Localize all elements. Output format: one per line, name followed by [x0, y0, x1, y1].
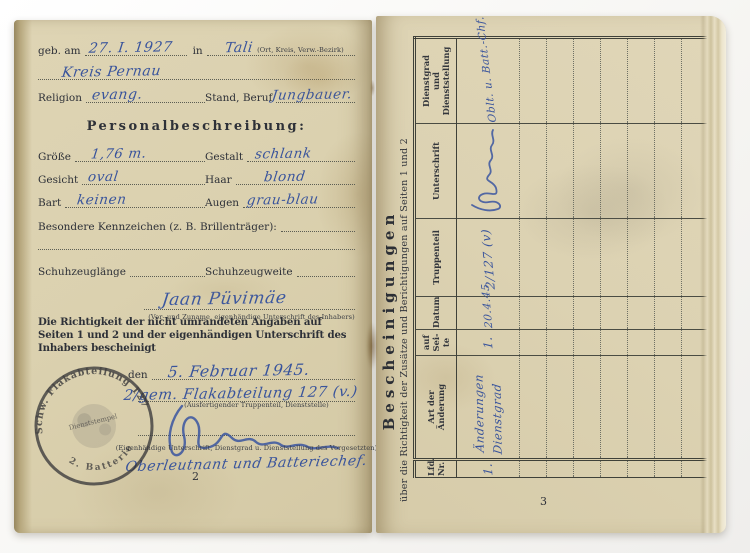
birth-date-value: 27. I. 1927 — [87, 39, 173, 56]
kennzeichen-line2 — [38, 237, 355, 250]
bart-row: Bart keinen Augen grau-blau — [38, 188, 355, 208]
table-header-row: Lfd. Nr. Art der Änderung auf Sei- te Da… — [415, 38, 457, 478]
certify-paragraph-row: Die Richtigkeit der nicht umrandeten Ang… — [38, 323, 355, 355]
stand-label: Stand, Beruf — [205, 93, 272, 104]
gestalt-line: schlank — [247, 149, 355, 162]
heading-row: Personalbeschreibung: — [38, 116, 355, 134]
table-row — [655, 38, 682, 478]
augen-line: grau-blau — [243, 195, 355, 208]
kreis-line: Kreis Pernau — [38, 67, 355, 80]
table-row — [628, 38, 655, 478]
religion-cell: Religion evang. — [38, 90, 205, 103]
table-row — [520, 38, 547, 478]
header-dienstgrad: Dienstgrad und Dienststellung — [415, 38, 457, 124]
bart-label: Bart — [38, 198, 61, 209]
birth-date-line: 27. I. 1927 — [85, 43, 187, 56]
bescheinigungen-header: Bescheinigungen über die Richtigkeit der… — [381, 130, 410, 510]
groesse-line: 1,76 m. — [75, 149, 205, 162]
officer-rank-value: Oberleutnant und Batteriechef. — [124, 453, 368, 475]
gesicht-cell: Gesicht oval — [38, 172, 205, 185]
gesicht-value: oval — [87, 169, 120, 186]
kennzeichen-row2 — [38, 236, 355, 250]
religion-row: Religion evang. Stand, Beruf Jungbauer. — [38, 83, 355, 103]
kreis-value: Kreis Pernau — [61, 63, 162, 81]
cell-art: Änderungen Dienstgrad — [457, 356, 520, 460]
shoe-length-line — [130, 264, 205, 277]
birth-row: geb. am 27. I. 1927 in Tali (Ort, Kreis,… — [38, 36, 355, 56]
page-heading: Personalbeschreibung: — [87, 119, 307, 134]
kreis-row: Kreis Pernau — [38, 60, 355, 80]
left-page: geb. am 27. I. 1927 in Tali (Ort, Kreis,… — [14, 20, 372, 533]
haar-label: Haar — [205, 175, 232, 186]
augen-cell: Augen grau-blau — [205, 195, 355, 208]
table-row — [547, 38, 574, 478]
certify-paragraph: Die Richtigkeit der nicht umrandeten Ang… — [38, 316, 355, 355]
rotated-content: Bescheinigungen über die Richtigkeit der… — [381, 30, 713, 510]
shoe-width-cell: Schuhzeugweite — [205, 264, 355, 277]
groesse-row: Größe 1,76 m. Gestalt schlank — [38, 142, 355, 162]
document-scan: geb. am 27. I. 1927 in Tali (Ort, Kreis,… — [0, 0, 750, 553]
bart-line: keinen — [65, 195, 205, 208]
table-row: 1. Änderungen Dienstgrad 1. 20.4.45 2/12… — [457, 38, 520, 478]
left-page-number: 2 — [192, 470, 199, 483]
cell-unterschrift — [457, 124, 520, 219]
haar-cell: Haar blond — [205, 172, 355, 185]
shoe-length-label: Schuhzeuglänge — [38, 267, 126, 278]
cell-dienstgrad: Oblt. u. Batt.-Chf. — [457, 38, 520, 124]
header-lfd-nr: Lfd. Nr. — [415, 460, 457, 478]
birth-place-value: Tali — [224, 40, 254, 56]
unit-row: 2/gem. Flakabteilung 127 (v.) — [38, 378, 355, 402]
kennzeichen-line — [281, 219, 355, 232]
shoe-width-label: Schuhzeugweite — [205, 267, 293, 278]
owner-signature-value: Jaan Püvimäe — [161, 288, 288, 310]
kennzeichen-row: Besondere Kennzeichen (z. B. Brillenträg… — [38, 212, 355, 232]
gestalt-cell: Gestalt schlank — [205, 149, 355, 162]
binding-stitch — [370, 80, 375, 96]
in-label: in — [193, 46, 203, 57]
owner-signature-row: Jaan Püvimäe — [38, 282, 355, 310]
stand-cell: Stand, Beruf Jungbauer. — [205, 90, 355, 103]
owner-signature-line: Jaan Püvimäe — [144, 297, 355, 310]
gestalt-value: schlank — [254, 146, 313, 163]
birth-place-line: Tali (Ort, Kreis, Verw.-Bezirk) — [207, 43, 355, 56]
bart-cell: Bart keinen — [38, 195, 205, 208]
religion-line: evang. — [86, 90, 205, 103]
cell-lfd-nr: 1. — [457, 460, 520, 478]
officer-rank-row: Oberleutnant und Batteriechef. — [38, 452, 355, 472]
cell-auf-seite: 1. — [457, 330, 520, 356]
certifications-table: Lfd. Nr. Art der Änderung auf Sei- te Da… — [413, 36, 708, 478]
cell-truppenteil: 2/127 (v) — [457, 219, 520, 297]
right-page-subtitle: über die Richtigkeit der Zusätze und Ber… — [399, 130, 410, 510]
haar-value: blond — [263, 169, 307, 186]
cell-datum: 20.4.45 — [457, 297, 520, 330]
gesicht-label: Gesicht — [38, 175, 78, 186]
stand-line: Jungbauer. — [276, 90, 355, 103]
officer-caption: (Eigenhändige Unterschrift, Dienstgrad u… — [116, 444, 378, 452]
page-stack-edge — [700, 16, 726, 533]
shoe-row: Schuhzeuglänge Schuhzeugweite — [38, 257, 355, 277]
right-page: Bescheinigungen über die Richtigkeit der… — [376, 16, 726, 533]
table-row — [574, 38, 601, 478]
bart-value: keinen — [76, 192, 128, 209]
groesse-value: 1,76 m. — [90, 146, 148, 163]
header-art: Art der Änderung — [415, 356, 457, 460]
cover-edge — [14, 20, 32, 533]
geb-am-label: geb. am — [38, 46, 81, 57]
header-datum: Datum — [415, 297, 457, 330]
groesse-label: Größe — [38, 152, 71, 163]
right-page-title: Bescheinigungen — [381, 130, 398, 510]
stand-value: Jungbauer. — [271, 86, 353, 103]
header-truppenteil: Truppenteil — [415, 219, 457, 297]
religion-label: Religion — [38, 93, 82, 104]
shoe-length-cell: Schuhzeuglänge — [38, 264, 205, 277]
ort-kreis-caption: (Ort, Kreis, Verw.-Bezirk) — [257, 46, 344, 54]
kennzeichen-label: Besondere Kennzeichen (z. B. Brillenträg… — [38, 222, 277, 233]
officer-caption-row: (Eigenhändige Unterschrift, Dienstgrad u… — [38, 442, 355, 452]
religion-value: evang. — [91, 87, 144, 104]
augen-value: grau-blau — [246, 191, 320, 208]
groesse-cell: Größe 1,76 m. — [38, 149, 205, 162]
table-row — [601, 38, 628, 478]
shoe-width-line — [297, 264, 355, 277]
haar-line: blond — [236, 172, 355, 185]
header-auf-seite: auf Sei- te — [415, 330, 457, 356]
header-unterschrift: Unterschrift — [415, 124, 457, 219]
gestalt-label: Gestalt — [205, 152, 243, 163]
date-row: den 5. Februar 1945. — [38, 356, 355, 380]
row-signature-scrawl — [468, 127, 504, 217]
gesicht-row: Gesicht oval Haar blond — [38, 165, 355, 185]
augen-label: Augen — [205, 198, 239, 209]
right-page-number: 3 — [540, 495, 547, 508]
gesicht-line: oval — [82, 172, 205, 185]
binding-stain — [366, 322, 378, 370]
